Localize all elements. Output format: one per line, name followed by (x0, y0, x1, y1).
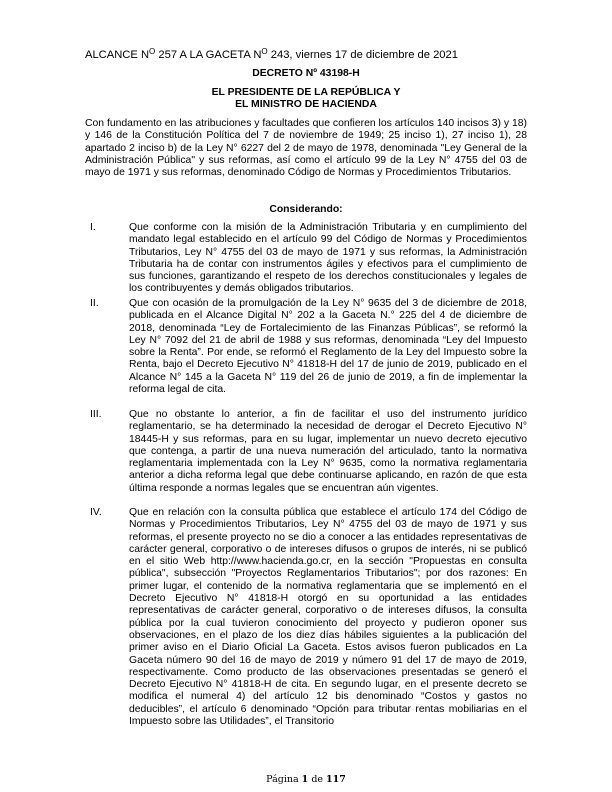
page-label: Página (266, 774, 302, 785)
authority-line-1: EL PRESIDENTE DE LA REPÚBLICA Y (85, 87, 527, 99)
item-numeral: I. (90, 222, 120, 234)
considerando-item: IV. Que en relación con la consulta públ… (90, 507, 527, 728)
considerando-item: III. Que no obstante lo anterior, a fin … (90, 409, 527, 495)
item-numeral: III. (90, 409, 120, 421)
item-text: Que no obstante lo anterior, a fin de fa… (129, 409, 527, 495)
considerando-item: II. Que con ocasión de la promulgación d… (90, 298, 527, 396)
gazette-header: ALCANCE NO 257 A LA GACETA NO 243, viern… (85, 47, 458, 61)
authority-line-2: EL MINISTRO DE HACIENDA (85, 99, 527, 111)
preamble: Con fundamento en las atribuciones y fac… (85, 118, 527, 179)
header-date: 243, viernes 17 de diciembre de 2021 (268, 49, 458, 61)
considerando-heading: Considerando: (85, 204, 527, 216)
item-numeral: II. (90, 298, 120, 310)
considerando-item: I. Que conforme con la misión de la Admi… (90, 222, 527, 296)
page-total: 117 (326, 774, 346, 785)
item-text: Que con ocasión de la promulgación de la… (129, 298, 527, 396)
decree-title: DECRETO Nº 43198-H (85, 68, 527, 80)
item-text: Que conforme con la misión de la Adminis… (129, 222, 527, 296)
page-footer: Página 1 de 117 (0, 774, 612, 785)
header-alcance: 257 A LA GACETA N (155, 49, 261, 61)
page-of-label: de (308, 774, 326, 785)
header-prefix: ALCANCE N (85, 49, 149, 61)
item-text: Que en relación con la consulta pública … (129, 507, 527, 728)
document-page: ALCANCE NO 257 A LA GACETA NO 243, viern… (0, 0, 612, 792)
item-numeral: IV. (90, 507, 120, 519)
